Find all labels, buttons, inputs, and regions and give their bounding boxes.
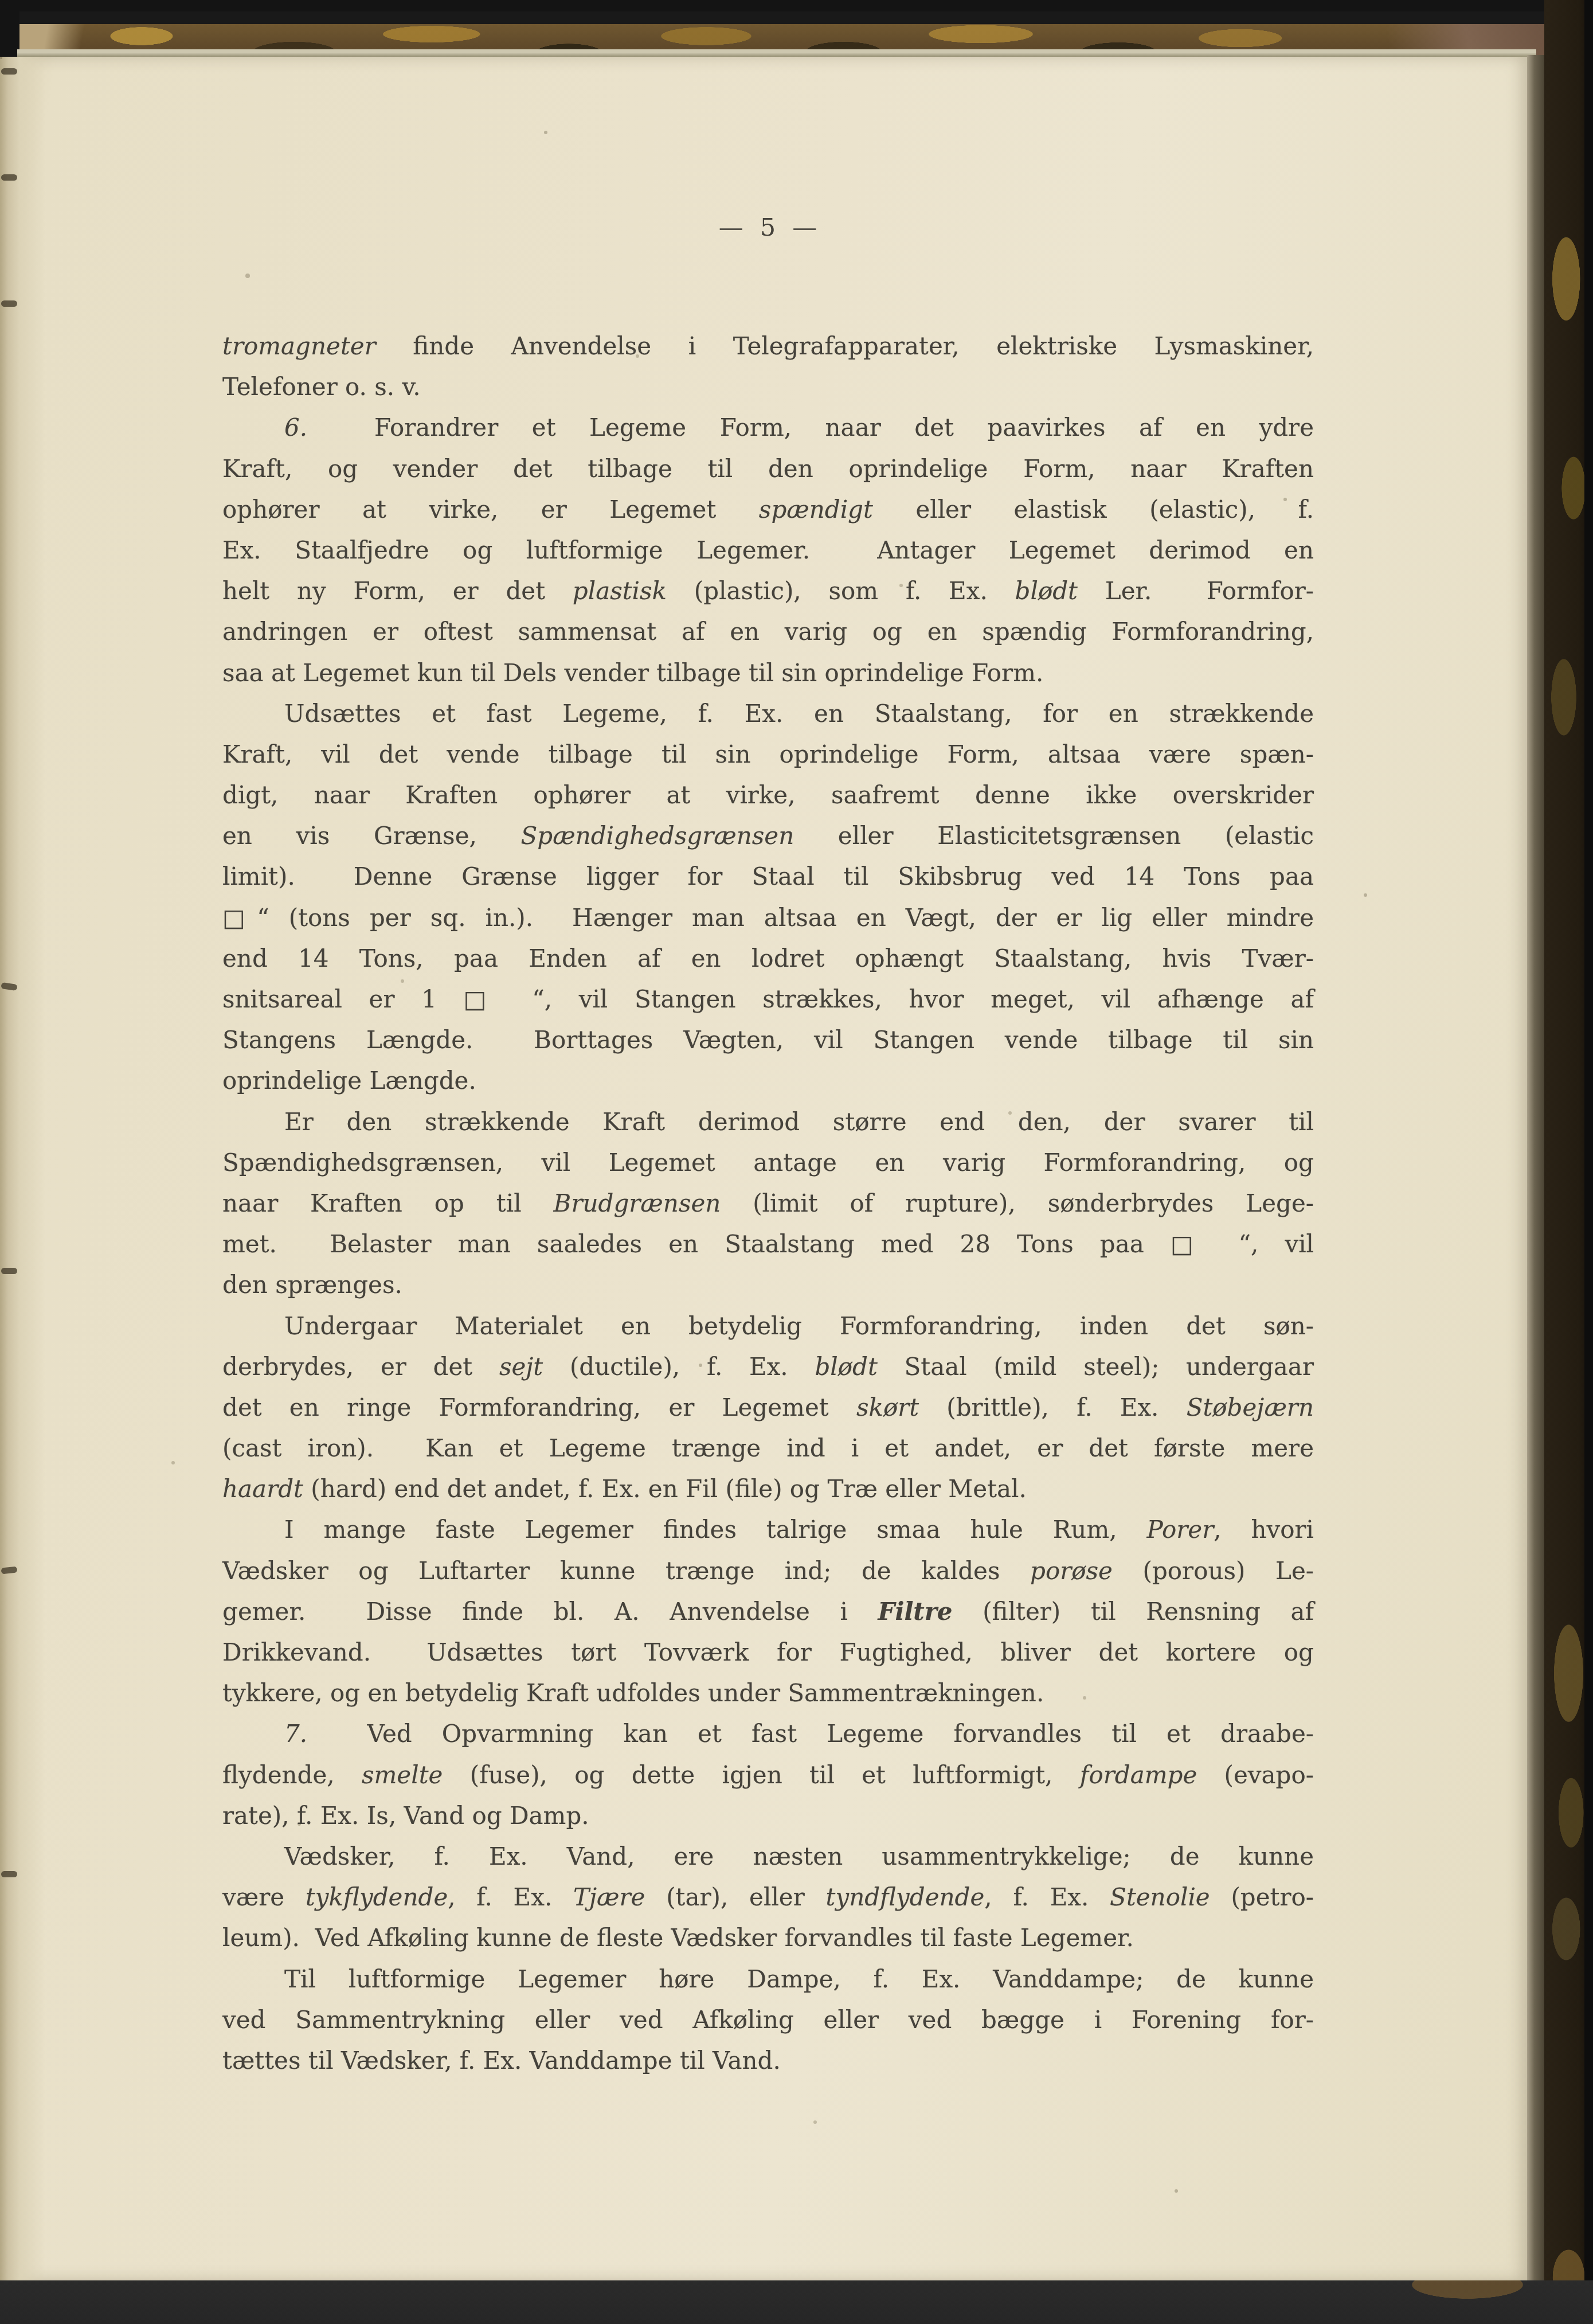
text-line: □“ (tons per sq. in.). Hænger man altsaa… xyxy=(222,897,1314,938)
text-line: saa at Legemet kun til Dels vender tilba… xyxy=(222,653,1314,693)
body-text: Er den strækkende Kraft derimod større e… xyxy=(284,1108,1314,1136)
body-text: oprindelige Længde. xyxy=(222,1067,476,1095)
body-text: rate), f. Ex. Is, Vand og Damp. xyxy=(222,1802,589,1830)
body-text: (tar), eller xyxy=(645,1883,825,1911)
text-line: en vis Grænse, Spændighedsgrænsen eller … xyxy=(222,815,1314,856)
text-line: tromagneter finde Anvendelse i Telegrafa… xyxy=(222,326,1314,366)
text-line: leum). Ved Afkøling kunne de fleste Væds… xyxy=(222,1917,1314,1958)
emphasized-text: haardt xyxy=(222,1475,303,1503)
text-line: I mange faste Legemer findes talrige sma… xyxy=(222,1509,1314,1550)
text-line: være tykflydende, f. Ex. Tjære (tar), el… xyxy=(222,1877,1314,1917)
text-line: snitsareal er 1 □ “, vil Stangen strække… xyxy=(222,979,1314,1020)
binding-stitch-mark xyxy=(1,300,17,307)
body-text: tættes til Vædsker, f. Ex. Vanddampe til… xyxy=(222,2046,781,2075)
binding-stitch-mark xyxy=(1,1871,17,1877)
body-text: være xyxy=(222,1883,306,1911)
body-text: helt ny Form, er det xyxy=(222,577,573,605)
body-text: digt, naar Kraften ophører at virke, saa… xyxy=(222,781,1314,809)
binding-stitch-mark xyxy=(1,68,17,75)
emphasized-text: tykflydende xyxy=(306,1883,448,1911)
body-text: finde Anvendelse i Telegrafapparater, el… xyxy=(376,332,1314,360)
text-line: limit). Denne Grænse ligger for Staal ti… xyxy=(222,856,1314,897)
text-line: Udsættes et fast Legeme, f. Ex. en Staal… xyxy=(222,693,1314,734)
text-line: tættes til Vædsker, f. Ex. Vanddampe til… xyxy=(222,2040,1314,2081)
text-line: Ex. Staalfjedre og luftformige Legemer. … xyxy=(222,530,1314,571)
text-line: digt, naar Kraften ophører at virke, saa… xyxy=(222,775,1314,815)
emphasized-text: tyndflydende xyxy=(826,1883,985,1911)
emphasized-text: Støbejærn xyxy=(1187,1393,1314,1421)
body-text: snitsareal er 1 □ “, vil Stangen strække… xyxy=(222,985,1314,1013)
body-text: Stangens Længde. Borttages Vægten, vil S… xyxy=(222,1026,1314,1054)
text-line: Kraft, og vender det tilbage til den opr… xyxy=(222,448,1314,489)
text-line: rate), f. Ex. Is, Vand og Damp. xyxy=(222,1795,1314,1836)
fore-edge-shadow xyxy=(1527,55,1545,2282)
text-line: Stangens Længde. Borttages Vægten, vil S… xyxy=(222,1020,1314,1060)
body-text: Undergaar Materialet en betydelig Formfo… xyxy=(284,1312,1314,1340)
emphasized-text: Spændighedsgrænsen xyxy=(521,822,794,850)
body-text: Ler. Formfor- xyxy=(1078,577,1314,605)
text-line: end 14 Tons, paa Enden af en lodret ophæ… xyxy=(222,938,1314,979)
body-text: det en ringe Formforandring, er Legemet xyxy=(222,1393,856,1421)
text-line: det en ringe Formforandring, er Legemet … xyxy=(222,1387,1314,1428)
text-line: Spændighedsgrænsen, vil Legemet antage e… xyxy=(222,1142,1314,1183)
body-text: leum). Ved Afkøling kunne de fleste Væds… xyxy=(222,1924,1134,1952)
body-text: met. Belaster man saaledes en Staalstang… xyxy=(222,1230,1314,1258)
text-line: Er den strækkende Kraft derimod større e… xyxy=(222,1102,1314,1142)
binding-stitch-mark xyxy=(1,174,17,181)
text-line: flydende, smelte (fuse), og dette igjen … xyxy=(222,1755,1314,1795)
text-line: Kraft, vil det vende tilbage til sin opr… xyxy=(222,734,1314,775)
text-line: haardt (hard) end det andet, f. Ex. en F… xyxy=(222,1468,1314,1509)
text-line: andringen er oftest sammensat af en vari… xyxy=(222,611,1314,652)
text-line: tykkere, og en betydelig Kraft udfoldes … xyxy=(222,1673,1314,1713)
body-text: end 14 Tons, paa Enden af en lodret ophæ… xyxy=(222,944,1314,972)
body-text: en vis Grænse, xyxy=(222,822,521,850)
emphasized-text: porøse xyxy=(1030,1557,1113,1585)
emphasized-text: Brudgrænsen xyxy=(554,1189,721,1217)
emphasized-text: 6. xyxy=(284,413,307,442)
text-line: ophører at virke, er Legemet spændigt el… xyxy=(222,489,1314,530)
body-text: , hvori xyxy=(1214,1516,1314,1544)
body-text: Vædsker og Luftarter kunne trænge ind; d… xyxy=(222,1557,1030,1585)
body-text: (plastic), som f. Ex. xyxy=(667,577,1015,605)
body-text: ved Sammentrykning eller ved Afkøling el… xyxy=(222,2006,1314,2034)
body-text: ophører at virke, er Legemet xyxy=(222,495,759,524)
emphasized-text: Stenolie xyxy=(1110,1883,1210,1911)
body-text: Spændighedsgrænsen, vil Legemet antage e… xyxy=(222,1149,1314,1177)
body-text: (fuse), og dette igjen til et luftformig… xyxy=(443,1761,1079,1789)
text-line: 6. Forandrer et Legeme Form, naar det pa… xyxy=(222,407,1314,448)
body-text: flydende, xyxy=(222,1761,362,1789)
text-line: Undergaar Materialet en betydelig Formfo… xyxy=(222,1306,1314,1346)
page-gutter xyxy=(0,57,46,2280)
body-text: , f. Ex. xyxy=(448,1883,573,1911)
emphasized-text: blødt xyxy=(815,1353,877,1381)
body-text: tykkere, og en betydelig Kraft udfoldes … xyxy=(222,1679,1044,1707)
text-block: tromagneter finde Anvendelse i Telegrafa… xyxy=(222,326,1314,2081)
body-text: eller Elasticitetsgrænsen (elastic xyxy=(794,822,1314,850)
body-text: Ex. Staalfjedre og luftformige Legemer. … xyxy=(222,536,1314,564)
emphasized-text: sejt xyxy=(499,1353,543,1381)
body-text: saa at Legemet kun til Dels vender tilba… xyxy=(222,659,1043,687)
body-text: (petro- xyxy=(1210,1883,1314,1911)
text-line: 7. Ved Opvarmning kan et fast Legeme for… xyxy=(222,1713,1314,1754)
emphasized-text: Filtre xyxy=(878,1597,953,1626)
text-line: Drikkevand. Udsættes tørt Tovværk for Fu… xyxy=(222,1632,1314,1673)
text-line: naar Kraften op til Brudgrænsen (limit o… xyxy=(222,1183,1314,1224)
text-line: oprindelige Længde. xyxy=(222,1060,1314,1101)
body-text: Staal (mild steel); undergaar xyxy=(878,1353,1314,1381)
text-line: Vædsker, f. Ex. Vand, ere næsten usammen… xyxy=(222,1836,1314,1877)
body-text: Til luftformige Legemer høre Dampe, f. E… xyxy=(284,1965,1314,1993)
body-text: I mange faste Legemer findes talrige sma… xyxy=(284,1516,1146,1544)
emphasized-text: Porer xyxy=(1146,1516,1214,1544)
emphasized-text: fordampe xyxy=(1080,1761,1197,1789)
emphasized-text: blødt xyxy=(1015,577,1078,605)
page-number-right-dash: — xyxy=(792,213,817,242)
body-text: (brittle), f. Ex. xyxy=(919,1393,1187,1421)
page-number-left-dash: — xyxy=(719,213,744,242)
body-text: limit). Denne Grænse ligger for Staal ti… xyxy=(222,862,1314,890)
body-text: Ved Opvarmning kan et fast Legeme forvan… xyxy=(307,1720,1314,1748)
body-text: , f. Ex. xyxy=(984,1883,1110,1911)
text-line: gemer. Disse finde bl. A. Anvendelse i F… xyxy=(222,1591,1314,1632)
body-text: naar Kraften op til xyxy=(222,1189,554,1217)
body-text: (evapo- xyxy=(1197,1761,1314,1789)
text-line: met. Belaster man saaledes en Staalstang… xyxy=(222,1224,1314,1264)
body-text: Drikkevand. Udsættes tørt Tovværk for Fu… xyxy=(222,1638,1314,1666)
body-text: Telefoner o. s. v. xyxy=(222,373,421,401)
emphasized-text: tromagneter xyxy=(222,332,376,360)
body-text: Kraft, og vender det tilbage til den opr… xyxy=(222,455,1314,483)
page-number-value: 5 xyxy=(760,213,776,242)
body-text: eller elastisk (elastic), f. xyxy=(873,495,1314,524)
body-text: Forandrer et Legeme Form, naar det paavi… xyxy=(307,413,1314,442)
text-line: Telefoner o. s. v. xyxy=(222,366,1314,407)
emphasized-text: Tjære xyxy=(573,1883,645,1911)
text-line: Til luftformige Legemer høre Dampe, f. E… xyxy=(222,1959,1314,1999)
body-text: (cast iron). Kan et Legeme trænge ind i … xyxy=(222,1434,1314,1462)
body-text: □“ (tons per sq. in.). Hænger man altsaa… xyxy=(222,904,1314,932)
text-line: ved Sammentrykning eller ved Afkøling el… xyxy=(222,1999,1314,2040)
emphasized-text: skørt xyxy=(856,1393,919,1421)
text-line: (cast iron). Kan et Legeme trænge ind i … xyxy=(222,1428,1314,1468)
body-text: (hard) end det andet, f. Ex. en Fil (fil… xyxy=(303,1475,1027,1503)
text-line: helt ny Form, er det plastisk (plastic),… xyxy=(222,571,1314,611)
emphasized-text: spændigt xyxy=(759,495,873,524)
binding-stitch-mark xyxy=(1,1268,17,1274)
body-text: (filter) til Rensning af xyxy=(953,1597,1314,1626)
body-text: den sprænges. xyxy=(222,1271,402,1299)
body-text: Udsættes et fast Legeme, f. Ex. en Staal… xyxy=(284,700,1314,728)
paper-specks xyxy=(0,57,2,59)
body-text: (ductile), f. Ex. xyxy=(543,1353,815,1381)
scan-background-bottom xyxy=(0,2280,1593,2324)
emphasized-text: smelte xyxy=(362,1761,443,1789)
text-line: derbrydes, er det sejt (ductile), f. Ex.… xyxy=(222,1346,1314,1387)
body-text: Kraft, vil det vende tilbage til sin opr… xyxy=(222,740,1314,768)
scan-background-right xyxy=(1584,0,1593,2324)
body-text: (limit of rupture), sønderbrydes Lege- xyxy=(721,1189,1314,1217)
body-text: derbrydes, er det xyxy=(222,1353,499,1381)
body-text: gemer. Disse finde bl. A. Anvendelse i xyxy=(222,1597,878,1626)
emphasized-text: plastisk xyxy=(573,577,667,605)
text-line: Vædsker og Luftarter kunne trænge ind; d… xyxy=(222,1550,1314,1591)
page-number: —5— xyxy=(222,213,1314,242)
body-text: andringen er oftest sammensat af en vari… xyxy=(222,618,1314,646)
body-text: Vædsker, f. Ex. Vand, ere næsten usammen… xyxy=(284,1842,1314,1870)
text-line: den sprænges. xyxy=(222,1264,1314,1305)
emphasized-text: 7. xyxy=(284,1720,307,1748)
body-text: (porous) Le- xyxy=(1113,1557,1314,1585)
